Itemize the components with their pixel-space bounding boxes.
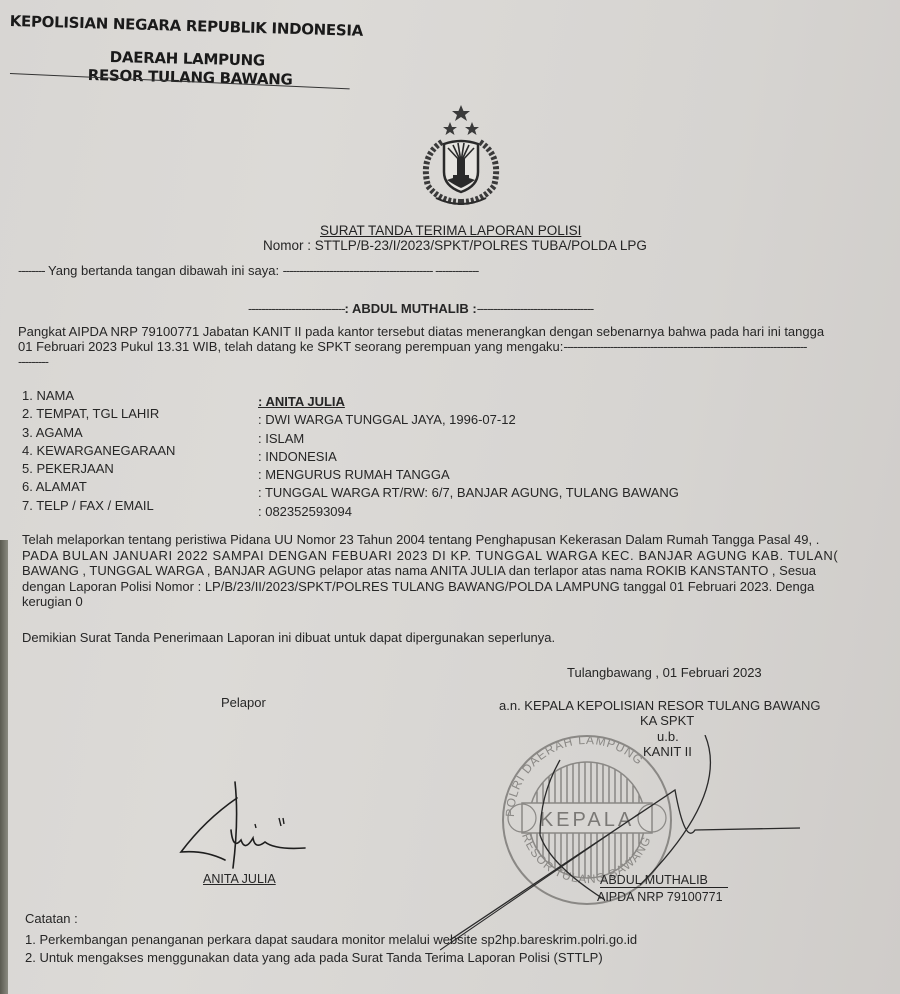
note-item-1: 1. Perkembangan penanganan perkara dapat… — [25, 932, 637, 947]
intro-text: Yang bertanda tangan dibawah ini saya: — [45, 263, 283, 278]
field-value-ttl: : DWI WARGA TUNGGAL JAYA, 1996-07-12 — [258, 411, 679, 429]
header-line-1: KEPOLISIAN NEGARA REPUBLIK INDONESIA — [9, 12, 363, 40]
document-number: Nomor : STTLP/B-23/I/2023/SPKT/POLRES TU… — [263, 238, 647, 253]
field-value-agama: : ISLAM — [258, 430, 679, 448]
reporter-signature-icon — [175, 780, 315, 875]
field-label-ttl: 2. TEMPAT, TGL LAHIR — [22, 405, 175, 423]
statement-line-3: --------- — [18, 354, 48, 370]
report-line-3: BAWANG , TUNGGAL WARGA , BANJAR AGUNG pe… — [22, 563, 838, 579]
field-values: : ANITA JULIA : DWI WARGA TUNGGAL JAYA, … — [258, 393, 679, 521]
statement-line-2: 01 Februari 2023 Pukul 13.31 WIB, telah … — [18, 339, 806, 355]
statement-text: 01 Februari 2023 Pukul 13.31 WIB, telah … — [18, 339, 563, 354]
report-line-4: dengan Laporan Polisi Nomor : LP/B/23/II… — [22, 579, 838, 595]
officer-name-signed: ABDUL MUTHALIB — [600, 873, 728, 888]
field-value-kewarganegaraan: : INDONESIA — [258, 448, 679, 466]
field-value-telp: : 082352593094 — [258, 503, 679, 521]
field-label-alamat: 6. ALAMAT — [22, 478, 175, 496]
notes-title: Catatan : — [25, 911, 78, 926]
field-labels: 1. NAMA 2. TEMPAT, TGL LAHIR 3. AGAMA 4.… — [22, 387, 175, 515]
document-title: SURAT TANDA TERIMA LAPORAN POLISI — [320, 223, 581, 238]
field-value-nama: : ANITA JULIA — [258, 393, 679, 411]
field-value-alamat: : TUNGGAL WARGA RT/RW: 6/7, BANJAR AGUNG… — [258, 484, 679, 502]
report-line-5: kerugian 0 — [22, 594, 838, 610]
reporter-name: ANITA JULIA — [203, 872, 276, 886]
intro-suffix: ----------------------------------------… — [283, 263, 479, 278]
field-label-pekerjaan: 5. PEKERJAAN — [22, 460, 175, 478]
field-label-agama: 3. AGAMA — [22, 424, 175, 442]
note-item-2: 2. Untuk mengakses menggunakan data yang… — [25, 950, 603, 965]
report-line-2: PADA BULAN JANUARI 2022 SAMPAI DENGAN FE… — [22, 548, 838, 564]
officer-signature-icon — [440, 735, 820, 955]
report-body: Telah melaporkan tentang peristiwa Pidan… — [22, 532, 838, 610]
place-date: Tulangbawang , 01 Februari 2023 — [567, 665, 762, 681]
officer-line: -----------------------------: ABDUL MUT… — [248, 301, 593, 316]
statement-dashes: ----------------------------------------… — [563, 339, 806, 354]
officer-name: : ABDUL MUTHALIB : — [345, 301, 477, 316]
report-line-1: Telah melaporkan tentang peristiwa Pidan… — [22, 532, 838, 548]
field-label-kewarganegaraan: 4. KEWARGANEGARAAN — [22, 442, 175, 460]
field-label-nama: 1. NAMA — [22, 387, 175, 405]
statement-line-1: Pangkat AIPDA NRP 79100771 Jabatan KANIT… — [18, 324, 824, 340]
officer-block-line-1: a.n. KEPALA KEPOLISIAN RESOR TULANG BAWA… — [499, 698, 821, 714]
intro-line: -------- Yang bertanda tangan dibawah in… — [18, 263, 478, 278]
field-label-telp: 7. TELP / FAX / EMAIL — [22, 497, 175, 515]
field-value-pekerjaan: : MENGURUS RUMAH TANGGA — [258, 466, 679, 484]
officer-prefix: ----------------------------- — [248, 301, 345, 316]
reporter-role: Pelapor — [221, 695, 266, 711]
officer-rank: AIPDA NRP 79100771 — [597, 890, 723, 904]
closing-statement: Demikian Surat Tanda Penerimaan Laporan … — [22, 630, 555, 646]
intro-prefix: -------- — [18, 263, 45, 278]
officer-suffix: ----------------------------------- — [477, 301, 594, 316]
photo-edge — [0, 540, 8, 994]
police-emblem-icon — [406, 102, 516, 212]
